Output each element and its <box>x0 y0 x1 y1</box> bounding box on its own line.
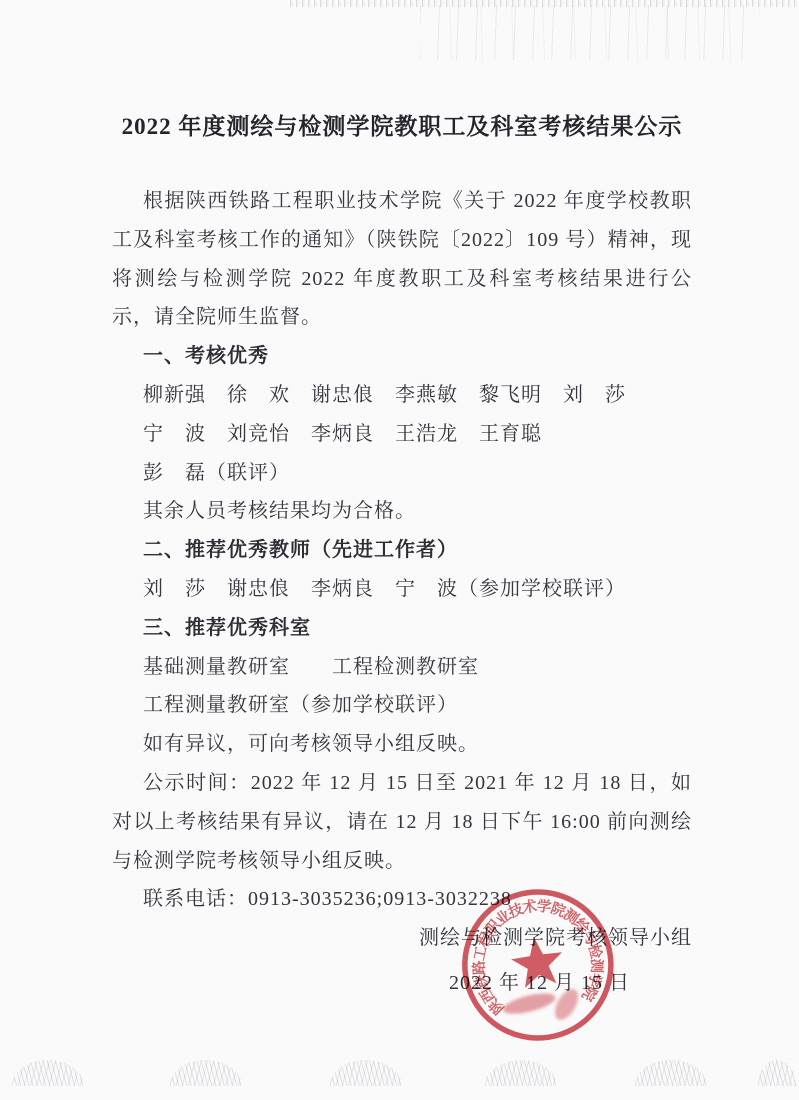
scanned-document-page: 2022 年度测绘与检测学院教职工及科室考核结果公示 根据陕西铁路工程职业技术学… <box>0 0 799 1100</box>
signature-date: 2022 年 12 月 15 日 <box>112 964 692 1003</box>
scan-noise-bottom <box>330 1060 402 1086</box>
scan-noise-bottom <box>170 1060 242 1086</box>
document-content: 2022 年度测绘与检测学院教职工及科室考核结果公示 根据陕西铁路工程职业技术学… <box>112 0 692 1003</box>
notice-paragraph: 公示时间：2022 年 12 月 15 日至 2021 年 12 月 18 日，… <box>112 764 692 880</box>
section-heading: 三、推荐优秀科室 <box>143 609 692 648</box>
section-line: 工程测量教研室（参加学校联评） <box>143 686 692 725</box>
scan-noise-bottom <box>635 1060 707 1086</box>
section-line: 如有异议，可向考核领导小组反映。 <box>143 725 692 764</box>
section-heading: 一、考核优秀 <box>143 337 692 376</box>
intro-paragraph: 根据陕西铁路工程职业技术学院《关于 2022 年度学校教职工及科室考核工作的通知… <box>112 182 692 337</box>
section-heading: 二、推荐优秀教师（先进工作者） <box>143 531 692 570</box>
scan-noise-bottom <box>485 1060 557 1086</box>
document-title: 2022 年度测绘与检测学院教职工及科室考核结果公示 <box>112 112 692 142</box>
section-line: 其余人员考核结果均为合格。 <box>143 492 692 531</box>
scan-noise-bottom <box>758 1060 796 1086</box>
section-line: 宁 波 刘竞怡 李炳良 王浩龙 王育聪 <box>143 415 692 454</box>
document-body: 根据陕西铁路工程职业技术学院《关于 2022 年度学校教职工及科室考核工作的通知… <box>112 182 692 1003</box>
sections: 一、考核优秀柳新强 徐 欢 谢忠俍 李燕敏 黎飞明 刘 莎宁 波 刘竞怡 李炳良… <box>112 337 692 764</box>
section-line: 刘 莎 谢忠俍 李炳良 宁 波（参加学校联评） <box>143 570 692 609</box>
section-line: 柳新强 徐 欢 谢忠俍 李燕敏 黎飞明 刘 莎 <box>143 376 692 415</box>
signature-line: 测绘与检测学院考核领导小组 <box>112 919 692 958</box>
scan-noise-bottom <box>12 1060 84 1086</box>
section-line: 基础测量教研室 工程检测教研室 <box>143 648 692 687</box>
contact-line: 联系电话：0913-3035236;0913-3032238 <box>112 880 692 919</box>
section-line: 彭 磊（联评） <box>143 454 692 493</box>
